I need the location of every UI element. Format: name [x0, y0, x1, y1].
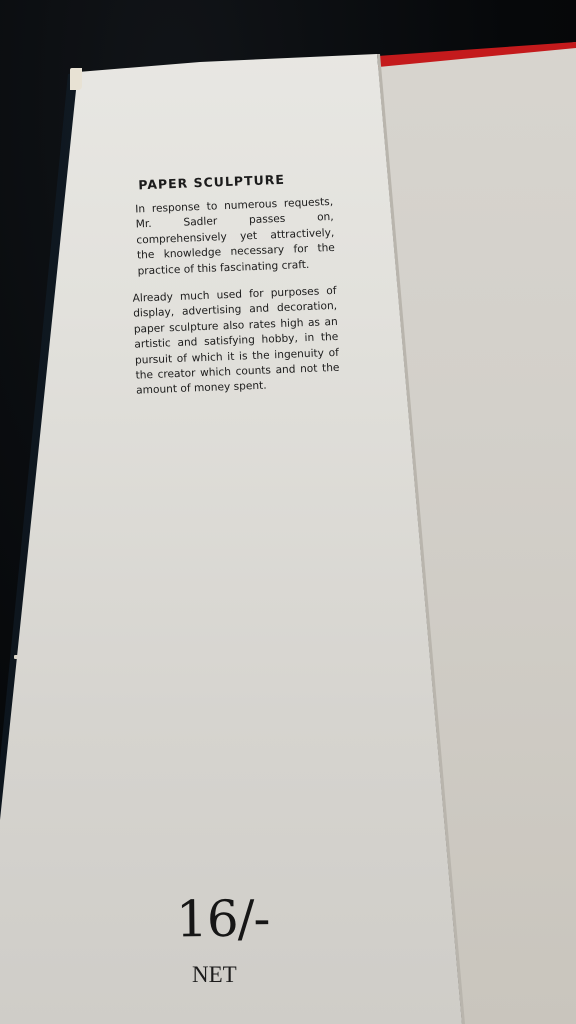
- price-label: NET: [192, 962, 237, 988]
- blurb-paragraph-2: Already much used for purposes of displa…: [132, 284, 340, 400]
- photo-scene: PAPER SCULPTURE In response to numerous …: [0, 0, 576, 1024]
- torn-corner: [70, 68, 82, 90]
- price: 16/-: [176, 894, 270, 945]
- blurb-paragraph-1: In response to numerous requests, Mr. Sa…: [135, 195, 336, 280]
- flap-blurb: PAPER SCULPTURE In response to numerous …: [122, 170, 341, 410]
